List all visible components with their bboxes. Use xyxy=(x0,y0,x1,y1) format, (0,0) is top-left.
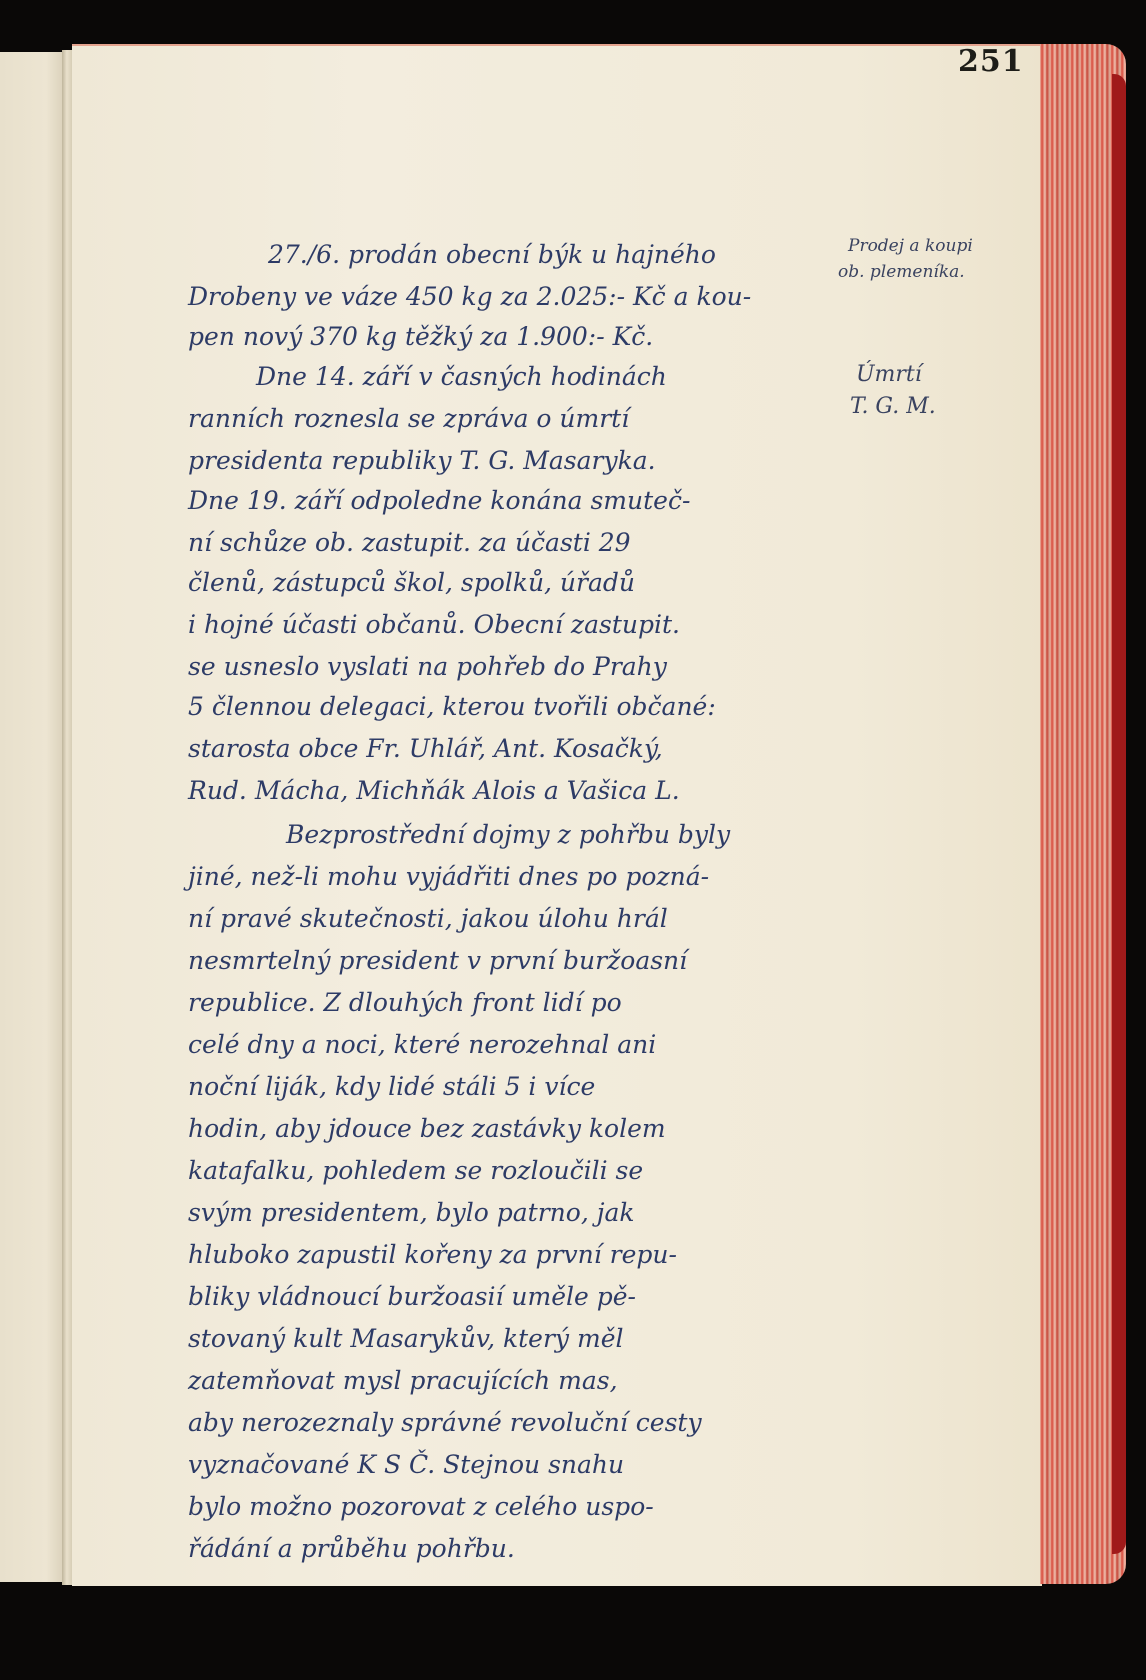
handwritten-line: členů, zástupců škol, spolků, úřadů xyxy=(188,568,635,597)
handwritten-line: aby nerozeznaly správné revoluční cesty xyxy=(188,1408,702,1437)
handwritten-line: Dne 19. září odpoledne konána smuteč- xyxy=(188,486,690,515)
handwritten-line: stovaný kult Masarykův, který měl xyxy=(188,1324,624,1353)
handwritten-line: se usneslo vyslati na pohřeb do Prahy xyxy=(188,652,667,681)
handwritten-line: nesmrtelný president v první buržoasní xyxy=(188,946,687,975)
margin-note-sale-subtitle: ob. plemeníka. xyxy=(838,262,965,282)
left-page xyxy=(0,52,66,1582)
handwritten-line: celé dny a noci, které nerozehnal ani xyxy=(188,1030,656,1059)
handwritten-line: starosta obce Fr. Uhlář, Ant. Kosačký, xyxy=(188,734,663,763)
handwritten-line: ranních roznesla se zpráva o úmrtí xyxy=(188,404,629,433)
handwritten-line: noční liják, kdy lidé stáli 5 i více xyxy=(188,1072,595,1101)
handwritten-line: Dne 14. září v časných hodinách xyxy=(256,362,667,391)
handwritten-line: katafalku, pohledem se rozloučili se xyxy=(188,1156,643,1185)
handwritten-line: řádání a průběhu pohřbu. xyxy=(188,1534,515,1563)
handwritten-line: hodin, aby jdouce bez zastávky kolem xyxy=(188,1114,666,1143)
handwritten-line: bylo možno pozorovat z celého uspo- xyxy=(188,1492,654,1521)
handwritten-line: vyznačované K S Č. Stejnou snahu xyxy=(188,1450,624,1479)
handwritten-line: Rud. Mácha, Michňák Alois a Vašica L. xyxy=(188,776,680,805)
margin-note-death-title: Úmrtí xyxy=(856,362,922,387)
handwritten-line: 27./6. prodán obecní býk u hajného xyxy=(268,240,716,269)
handwritten-line: svým presidentem, bylo patrno, jak xyxy=(188,1198,635,1227)
handwritten-line: jiné, než-li mohu vyjádřiti dnes po pozn… xyxy=(188,862,709,891)
handwritten-line: pen nový 370 kg těžký za 1.900:- Kč. xyxy=(188,322,653,351)
page-number: 251 xyxy=(958,44,1024,79)
handwritten-line: presidenta republiky T. G. Masaryka. xyxy=(188,446,656,475)
handwritten-line: Drobeny ve váze 450 kg za 2.025:- Kč a k… xyxy=(188,282,751,311)
margin-note-death-subtitle: T. G. M. xyxy=(850,394,936,419)
handwritten-line: bliky vládnoucí buržoasií uměle pě- xyxy=(188,1282,636,1311)
handwritten-line: republice. Z dlouhých front lidí po xyxy=(188,988,622,1017)
handwritten-line: Bezprostřední dojmy z pohřbu byly xyxy=(286,820,730,849)
handwritten-line: ní pravé skutečnosti, jakou úlohu hrál xyxy=(188,904,668,933)
handwritten-line: hluboko zapustil kořeny za první repu- xyxy=(188,1240,677,1269)
handwritten-line: ní schůze ob. zastupit. za účasti 29 xyxy=(188,528,631,557)
margin-note-sale-title: Prodej a koupi xyxy=(848,236,973,256)
handwritten-line: zatemňovat mysl pracujících mas, xyxy=(188,1366,618,1395)
handwritten-line: 5 člennou delegaci, kterou tvořili občan… xyxy=(188,692,716,721)
handwritten-line: i hojné účasti občanů. Obecní zastupit. xyxy=(188,610,680,639)
red-page-edges xyxy=(1040,44,1126,1584)
